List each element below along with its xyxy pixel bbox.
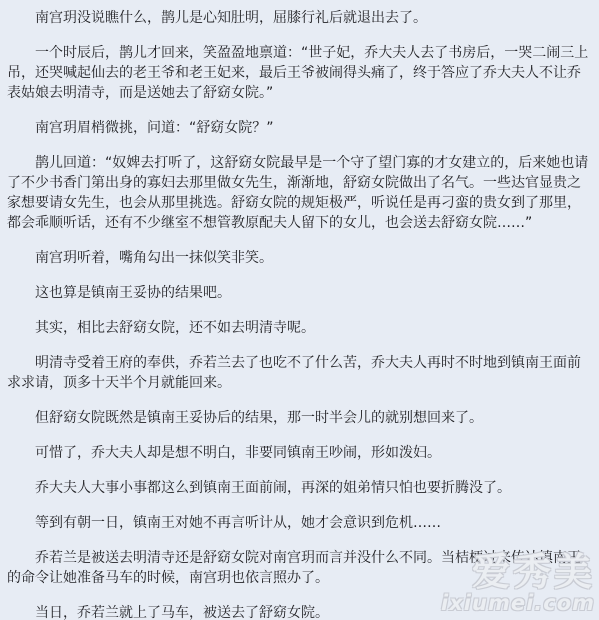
paragraph: 南宫玥听着，嘴角勾出一抹似笑非笑。	[7, 248, 592, 268]
paragraph: 一个时辰后，鹊儿才回来，笑盈盈地禀道：“世子妃，乔大夫人去了书房后，一哭二闹三上…	[7, 43, 592, 103]
paragraph: 等到有朝一日，镇南王对她不再言听计从，她才会意识到危机……	[7, 513, 592, 533]
paragraph: 这也算是镇南王妥协的结果吧。	[7, 283, 592, 303]
paragraph: 可惜了，乔大夫人却是想不明白，非要同镇南王吵闹，形如泼妇。	[7, 443, 592, 463]
paragraph: 乔大夫人大事小事都这么到镇南王面前闹，再深的姐弟情只怕也要折腾没了。	[7, 478, 592, 498]
paragraph: 乔若兰是被送去明清寺还是舒窈女院对南宫玥而言并没什么不同。当桔梗过来传达镇南王的…	[7, 548, 592, 588]
paragraph: 当日，乔若兰就上了马车，被送去了舒窈女院。	[7, 603, 592, 620]
paragraph: 但舒窈女院既然是镇南王妥协后的结果，那一时半会儿的就别想回来了。	[7, 408, 592, 428]
paragraph: 鹊儿回道：“奴婢去打听了，这舒窈女院最早是一个守了望门寡的才女建立的，后来她也请…	[7, 153, 592, 233]
article-text: 南宫玥没说瞧什么，鹊儿是心知肚明，屈膝行礼后就退出去了。 一个时辰后，鹊儿才回来…	[0, 0, 599, 620]
paragraph: 南宫玥没说瞧什么，鹊儿是心知肚明，屈膝行礼后就退出去了。	[7, 8, 592, 28]
paragraph: 明清寺受着王府的奉供，乔若兰去了也吃不了什么苦，乔大夫人再时不时地到镇南王面前求…	[7, 353, 592, 393]
paragraph: 南宫玥眉梢微挑，问道：“舒窈女院？”	[7, 118, 592, 138]
paragraph: 其实，相比去舒窈女院，还不如去明清寺呢。	[7, 318, 592, 338]
